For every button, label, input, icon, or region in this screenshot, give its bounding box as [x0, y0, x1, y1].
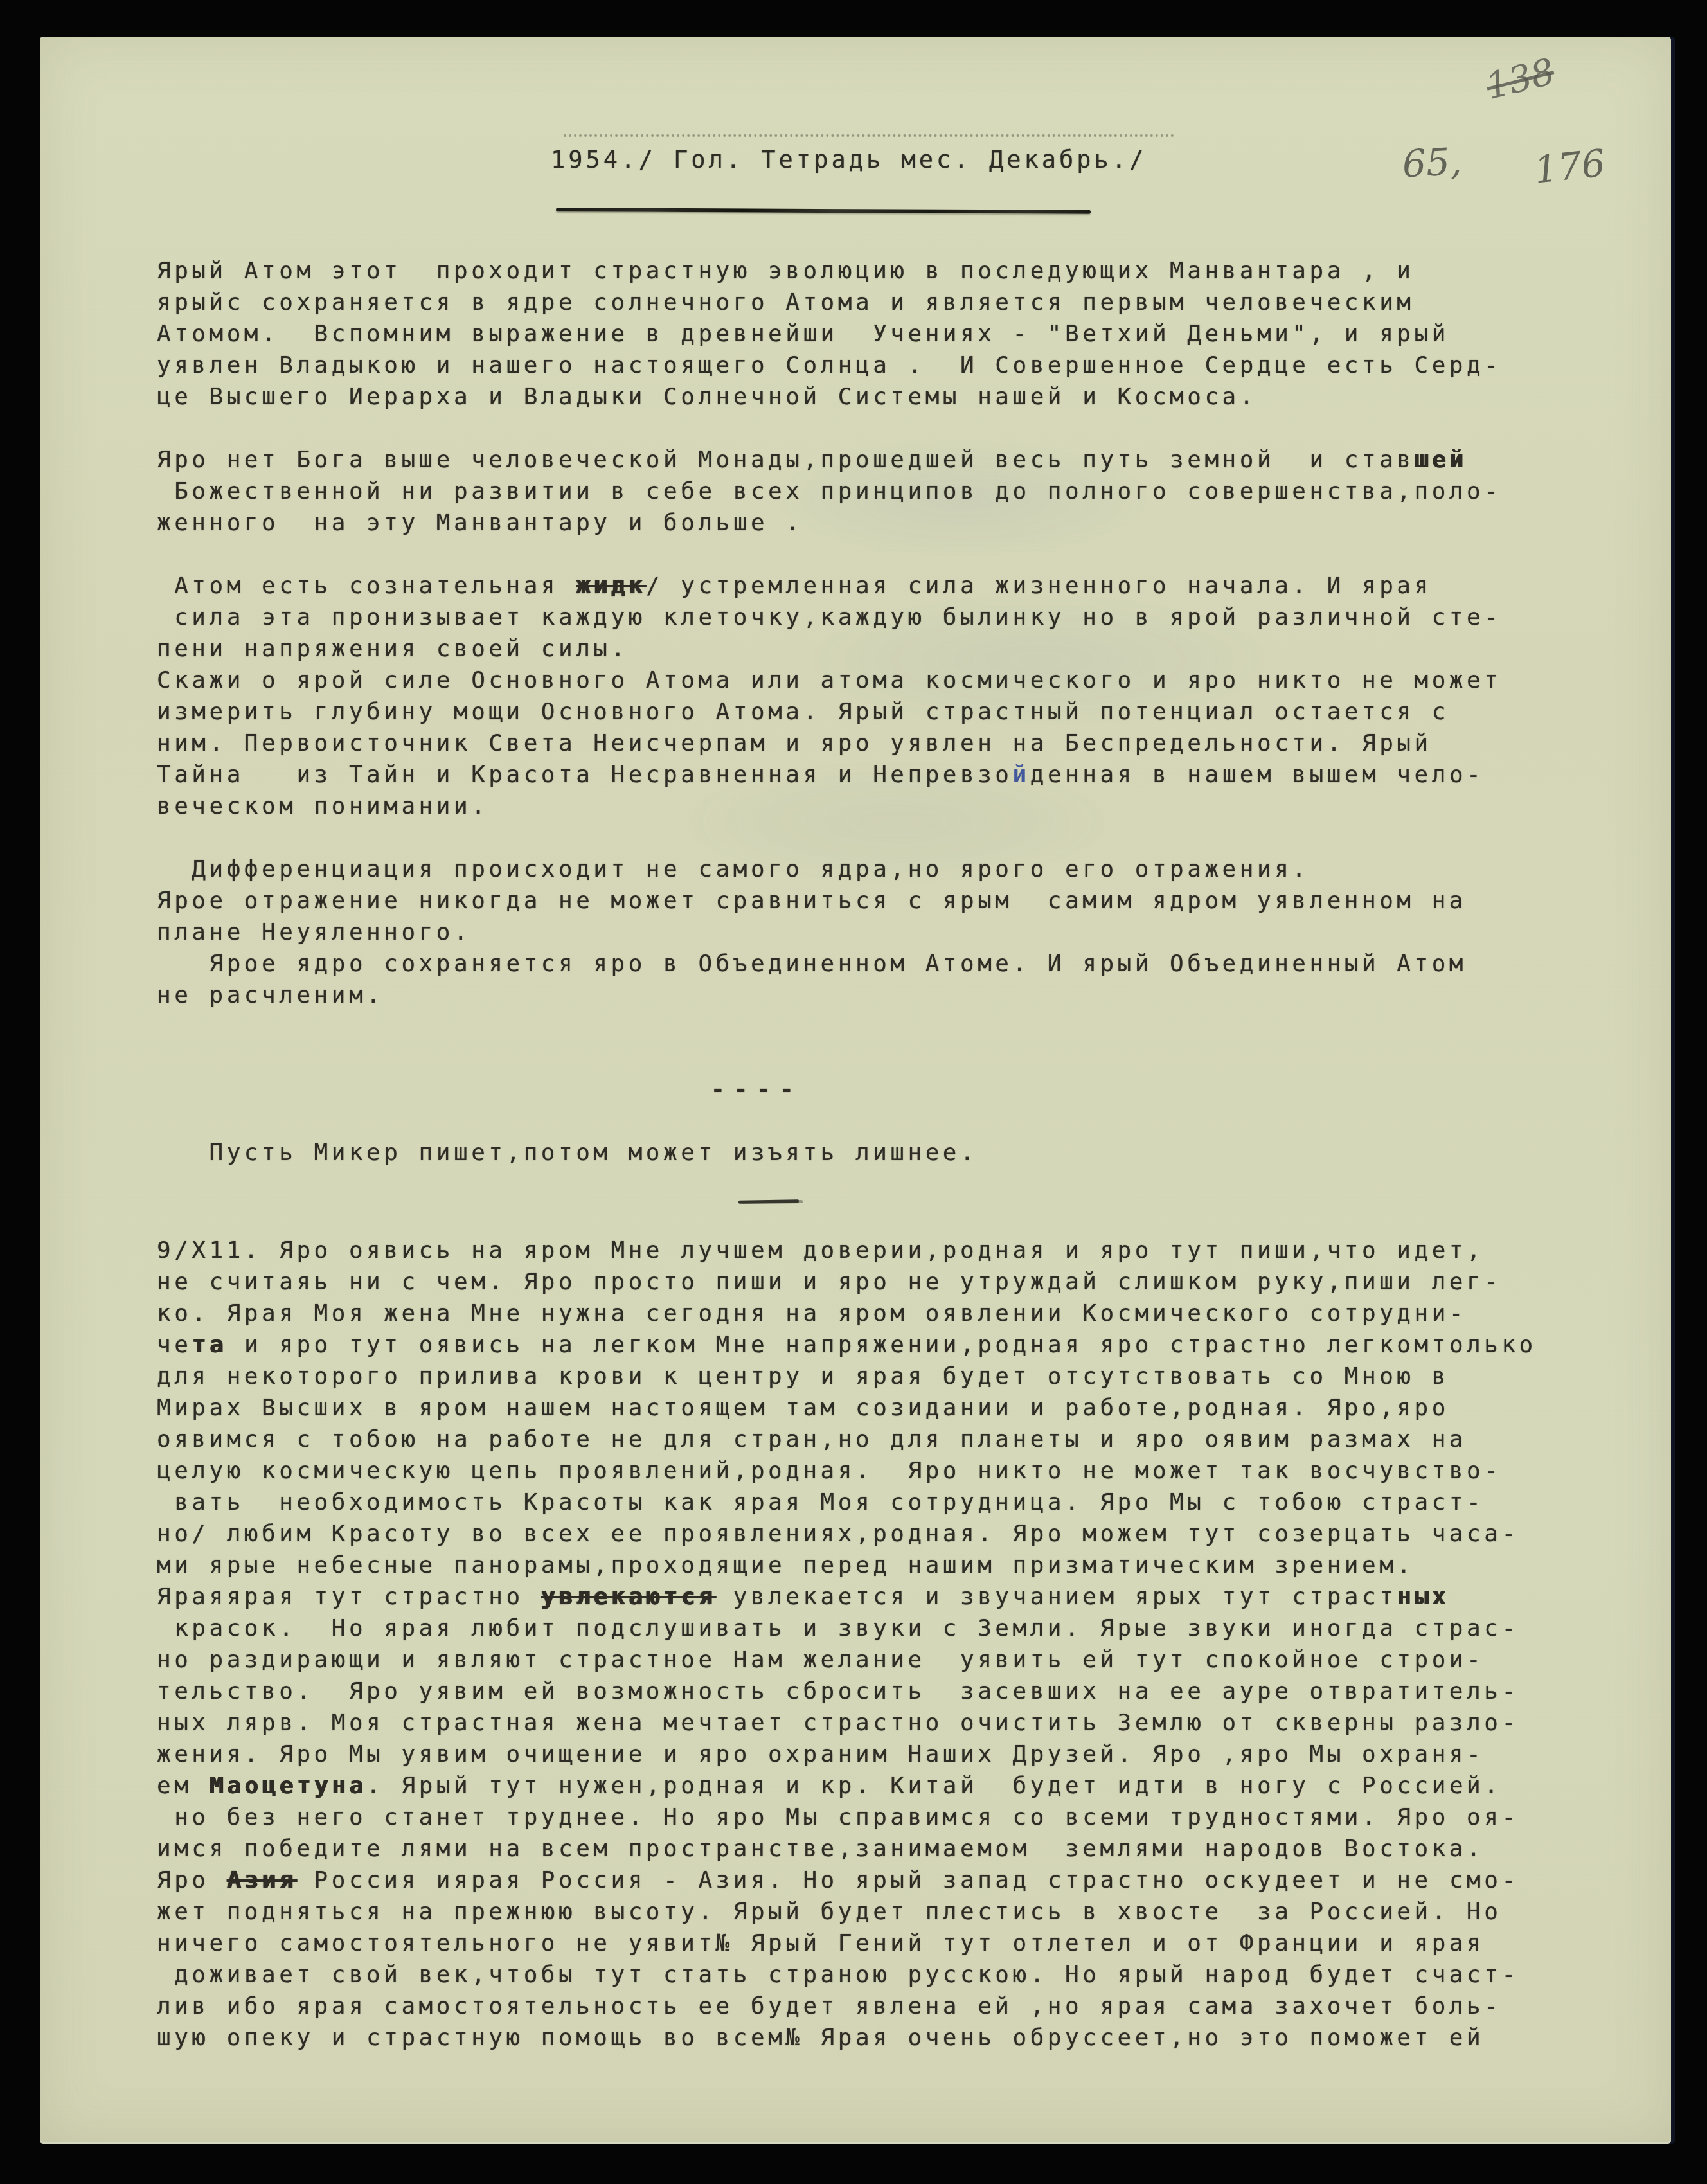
typed-line: Тайна из Тайн и Красота Несравненная и Н… — [157, 759, 1577, 791]
typed-text: Россия иярая Россия - Азия. Но ярый запа… — [296, 1867, 1519, 1893]
typed-line: Пусть Микер пишет,потом может изъять лиш… — [157, 1137, 1577, 1168]
paper-sheet: 1954./ Гол. Тетрадь мес. Декабрь./ 65, 1… — [40, 37, 1671, 2144]
typed-line: Скажи о ярой силе Основного Атома или ат… — [157, 665, 1577, 696]
typed-line: чета и яро тут оявись на легком Мне напр… — [157, 1329, 1577, 1361]
typed-line: вать необходимость Красоты как ярая Моя … — [157, 1487, 1577, 1518]
typed-text: Тайна из Тайн и Красота Несравненная и Н… — [157, 762, 1013, 788]
typed-line: женного на эту Манвантару и больше . — [157, 507, 1577, 539]
struck-out-word: Азия — [227, 1867, 297, 1893]
typed-line: целую космическую цепь проявлений,родная… — [157, 1455, 1577, 1487]
typed-line: Дифференциация происходит не самого ядра… — [157, 854, 1577, 885]
typed-text: и яро тут оявись на легком Мне напряжени… — [227, 1332, 1537, 1358]
typed-line: жения. Яро Мы уявим очищение и яро охран… — [157, 1739, 1577, 1770]
typed-line: ярыйс сохраняется в ядре солнечного Атом… — [157, 287, 1577, 318]
overtyped-text: Маоцетуна — [210, 1773, 367, 1799]
typed-line: ничего самостоятельного не уявит№ Ярый Г… — [157, 1928, 1577, 1959]
typed-text: Яраяярая тут страстно — [157, 1584, 541, 1610]
typed-line: но/ любим Красоту во всех ее проявлениях… — [157, 1518, 1577, 1550]
typed-line: жет подняться на прежнюю высоту. Ярый бу… — [157, 1896, 1577, 1928]
typed-line: доживает свой век,чтобы тут стать страно… — [157, 1959, 1577, 1991]
title-underline — [556, 208, 1091, 214]
typed-line: Яро нет Бога выше человеческой Монады,пр… — [157, 444, 1577, 476]
page-title: 1954./ Гол. Тетрадь мес. Декабрь./ — [551, 146, 1147, 174]
pencil-number-crossed-out: 138 — [1482, 51, 1559, 108]
typed-text-body: Ярый Атом этот проходит страстную эволюц… — [157, 255, 1577, 2054]
pencil-page-number: 65, — [1401, 139, 1463, 186]
typed-line: не считаяь ни с чем. Яро просто пиши и я… — [157, 1266, 1577, 1298]
typed-text: / устремленная сила жизненного начала. И… — [646, 573, 1432, 599]
typed-line: це Высшего Иерарха и Владыки Солнечной С… — [157, 381, 1577, 413]
typed-line: оявимся с тобою на работе не для стран,н… — [157, 1424, 1577, 1455]
typed-text: увлекается и звучанием ярых тут страст — [716, 1584, 1397, 1610]
typed-line: уявлен Владыкою и нашего настоящего Солн… — [157, 350, 1577, 381]
typed-line: Атом есть сознательная жидк/ устремленна… — [157, 570, 1577, 602]
scanned-document-page: 1954./ Гол. Тетрадь мес. Декабрь./ 65, 1… — [0, 0, 1707, 2184]
struck-out-word: увлекаются — [541, 1584, 716, 1610]
typed-text: че — [157, 1332, 192, 1358]
typed-line: имся победите лями на всем пространстве,… — [157, 1833, 1577, 1865]
typed-line: ---- — [711, 1074, 1577, 1105]
typed-line: лив ибо ярая самостоятельность ее будет … — [157, 1991, 1577, 2022]
typed-line: тельство. Яро уявим ей возможность сброс… — [157, 1676, 1577, 1707]
typed-line: Яро Азия Россия иярая Россия - Азия. Но … — [157, 1865, 1577, 1896]
typed-line: не расчленим. — [157, 980, 1577, 1011]
typed-line: Ярое ядро сохраняется яро в Объединенном… — [157, 948, 1577, 980]
overtyped-text: ных — [1397, 1584, 1449, 1610]
typed-line: Мирах Высших в яром нашем настоящем там … — [157, 1392, 1577, 1424]
typed-line: ми ярые небесные панорамы,проходящие пер… — [157, 1550, 1577, 1581]
typed-line: ных лярв. Моя страстная жена мечтает стр… — [157, 1707, 1577, 1739]
overtyped-text: шей — [1415, 447, 1467, 473]
typed-line: 9/Х11. Яро оявись на яром Мне лучшем дов… — [157, 1235, 1577, 1266]
typed-text: ем — [157, 1773, 210, 1799]
typed-line: плане Неуяленного. — [157, 917, 1577, 948]
blue-ink-correction: й — [1013, 762, 1030, 788]
typed-line: ним. Первоисточник Света Неисчерпам и яр… — [157, 728, 1577, 759]
typed-line: веческом понимании. — [157, 791, 1577, 822]
typed-line — [738, 1199, 799, 1204]
typed-line: Божественной ни развитии в себе всех при… — [157, 476, 1577, 507]
typed-text: Атом есть сознательная — [157, 573, 576, 599]
typed-text: денная в нашем вышем чело- — [1030, 762, 1485, 788]
typed-line: но без него станет труднее. Но яро Мы сп… — [157, 1802, 1577, 1833]
typed-line: Ярое отражение никогда не может сравнить… — [157, 885, 1577, 917]
typed-line: пени напряжения своей силы. — [157, 633, 1577, 665]
pencil-number-corrected: 176 — [1532, 141, 1607, 192]
typed-line: но раздирающи и являют страстное Нам жел… — [157, 1644, 1577, 1676]
typed-line: ко. Ярая Моя жена Мне нужна сегодня на я… — [157, 1298, 1577, 1329]
dotted-guide-line — [564, 134, 1174, 137]
struck-out-word: жидк — [576, 573, 646, 599]
typed-line: для некоторого прилива крови к центру и … — [157, 1361, 1577, 1392]
typed-line: Яраяярая тут страстно увлекаются увлекае… — [157, 1581, 1577, 1613]
typed-text: Яро нет Бога выше человеческой Монады,пр… — [157, 447, 1415, 473]
overtyped-text: та — [192, 1332, 226, 1358]
typed-line: Ярый Атом этот проходит страстную эволюц… — [157, 255, 1577, 287]
typed-text: . Ярый тут нужен,родная и кр. Китай буде… — [366, 1773, 1501, 1799]
typed-line: сила эта пронизывает каждую клеточку,каж… — [157, 602, 1577, 633]
typed-line: измерить глубину мощи Основного Атома. Я… — [157, 696, 1577, 728]
typed-line: ем Маоцетуна. Ярый тут нужен,родная и кр… — [157, 1770, 1577, 1802]
typed-line: Атомом. Вспомним выражение в древнейши У… — [157, 318, 1577, 350]
typed-line: красок. Но ярая любит подслушивать и зву… — [157, 1613, 1577, 1644]
typed-line: шую опеку и страстную помощь во всем№ Яр… — [157, 2022, 1577, 2054]
typed-text: Яро — [157, 1867, 227, 1893]
